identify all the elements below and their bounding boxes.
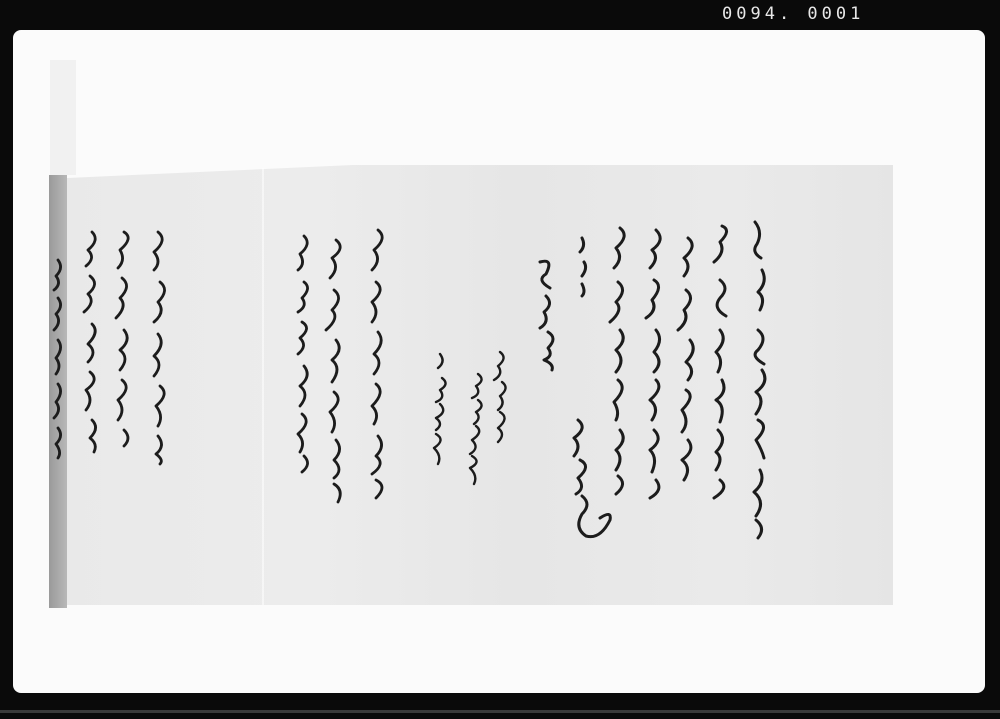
text-column bbox=[116, 232, 128, 446]
text-column bbox=[610, 228, 624, 494]
postscript-block bbox=[298, 230, 382, 502]
date-and-sender bbox=[540, 261, 610, 536]
addressees bbox=[434, 352, 506, 484]
addressee-name bbox=[494, 352, 506, 442]
date-line bbox=[540, 261, 553, 370]
seam-text-column bbox=[54, 260, 61, 458]
text-column bbox=[154, 232, 165, 464]
text-column bbox=[372, 230, 382, 498]
text-column bbox=[298, 236, 308, 472]
addressee-name bbox=[470, 374, 482, 484]
handwritten-text bbox=[0, 0, 1000, 719]
text-column bbox=[754, 222, 765, 538]
main-body-columns bbox=[580, 222, 765, 538]
addressee-name bbox=[434, 354, 446, 464]
second-letter bbox=[54, 232, 165, 464]
text-column bbox=[580, 238, 586, 296]
text-column bbox=[84, 232, 96, 452]
text-column bbox=[646, 230, 660, 498]
text-column bbox=[326, 240, 340, 502]
text-column bbox=[678, 238, 693, 480]
sender-signature bbox=[574, 420, 610, 537]
film-edge-scratch bbox=[0, 710, 1000, 713]
text-column bbox=[714, 226, 727, 498]
